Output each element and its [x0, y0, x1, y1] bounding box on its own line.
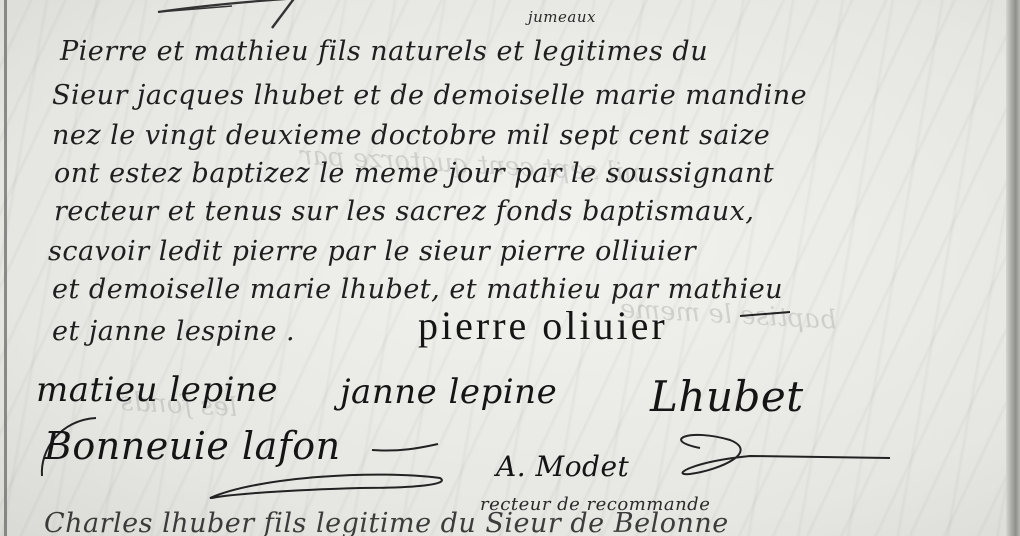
signature-lhubet: Lhubet: [650, 372, 804, 421]
record-line-8: et janne lespine .: [52, 316, 295, 347]
signature-modet: A. Modet: [496, 450, 629, 483]
document-page: mil sept cent quatorze par baptise le me…: [0, 0, 1020, 536]
signature-pierre-olivier: pierre oliuier: [418, 302, 668, 349]
page-binding-edge: [1006, 0, 1020, 536]
record-line-5: recteur et tenus sur les sacrez fonds ba…: [54, 196, 755, 227]
record-line-1: Pierre et mathieu fils naturels et legit…: [60, 36, 708, 67]
left-margin-rule: [4, 0, 7, 536]
signature-janne-lepine: janne lepine: [340, 372, 557, 412]
record-line-2: Sieur jacques lhubet et de demoiselle ma…: [52, 80, 807, 111]
signature-matieu-lepine: matieu lepine: [36, 370, 278, 410]
record-line-7: et demoiselle marie lhubet, et mathieu p…: [52, 274, 783, 305]
record-line-4: ont estez baptizez le meme jour par le s…: [54, 158, 774, 189]
record-line-3: nez le vingt deuxieme doctobre mil sept …: [52, 120, 770, 151]
record-line-6: scavoir ledit pierre par le sieur pierre…: [48, 236, 696, 267]
interlinear-insert: jumeaux: [528, 8, 596, 26]
next-record-partial-line: Charles lhuber fils legitime du Sieur de…: [44, 508, 729, 536]
signature-bonneuie-lafon: Bonneuie lafon: [44, 424, 341, 468]
